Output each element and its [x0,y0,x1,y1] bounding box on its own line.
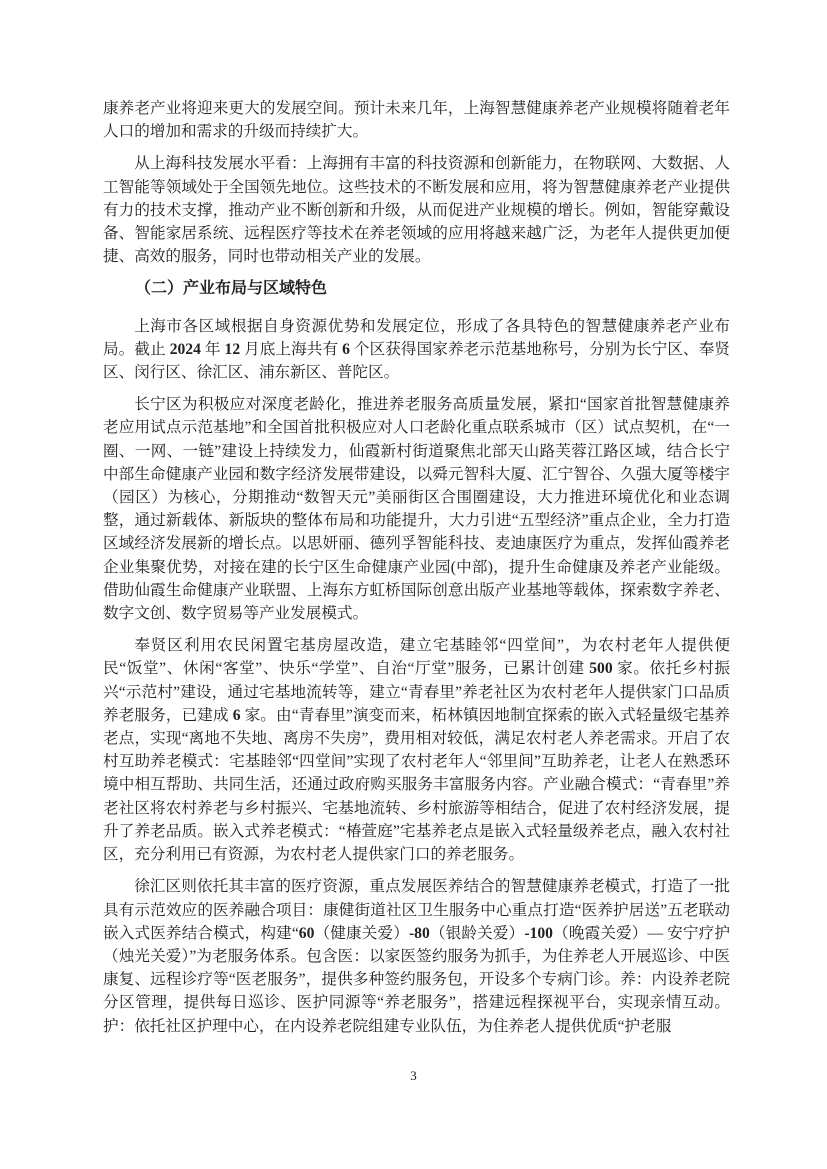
document-page: 康养老产业将迎来更大的发展空间。预计未来几年，上海智慧健康养老产业规模将随着老年… [0,0,827,1169]
text-run: 6 [342,341,350,358]
text-run: -80 [409,925,430,942]
text-run: 6 [233,707,241,724]
para-xuhui-district: 徐汇区则依托其丰富的医疗资源，重点发展医养结合的智慧健康养老模式，打造了一批具有… [103,875,730,1037]
text-run: 500 [589,660,612,677]
page-number: 3 [0,1068,827,1084]
heading-section-2-industry-layout: （二）产业布局与区域特色 [103,277,730,300]
text-run: 家。由“青春里”演变而来，柘林镇因地制宜探索的嵌入式轻量级宅基养老点，实现“离地… [103,707,730,863]
text-run: （二）产业布局与区域特色 [135,280,327,297]
para-changning-district: 长宁区为积极应对深度老龄化，推进养老服务高质量发展，紧扣“国家首批智慧健康养老应… [103,393,730,625]
text-run: -100 [524,925,553,942]
text-run: （健康关爱） [314,925,409,942]
text-run: 康养老产业将迎来更大的发展空间。预计未来几年，上海智慧健康养老产业规模将随着老年… [103,100,730,140]
text-run: 60 [299,925,315,942]
para-shanghai-tech-level: 从上海科技发展水平看：上海拥有丰富的科技资源和创新能力，在物联网、大数据、人工智… [103,152,730,268]
para-fengxian-district: 奉贤区利用农民闲置宅基房屋改造，建立宅基睦邻“四堂间”，为农村老年人提供便民“饭… [103,634,730,866]
text-run: （银龄关爱） [430,925,525,942]
text-run: 月底上海共有 [240,341,342,358]
para-industry-growth-continuation: 康养老产业将迎来更大的发展空间。预计未来几年，上海智慧健康养老产业规模将随着老年… [103,97,730,143]
text-run: 年 [201,341,225,358]
text-run: 从上海科技发展水平看：上海拥有丰富的科技资源和创新能力，在物联网、大数据、人工智… [103,155,730,265]
para-district-overview: 上海市各区域根据自身资源优势和发展定位，形成了各具特色的智慧健康养老产业布局。截… [103,315,730,385]
text-run: 长宁区为积极应对深度老龄化，推进养老服务高质量发展，紧扣“国家首批智慧健康养老应… [103,396,730,622]
text-run: 2024 [170,341,201,358]
text-run: 12 [225,341,241,358]
document-body: 康养老产业将迎来更大的发展空间。预计未来几年，上海智慧健康养老产业规模将随着老年… [103,97,730,1047]
